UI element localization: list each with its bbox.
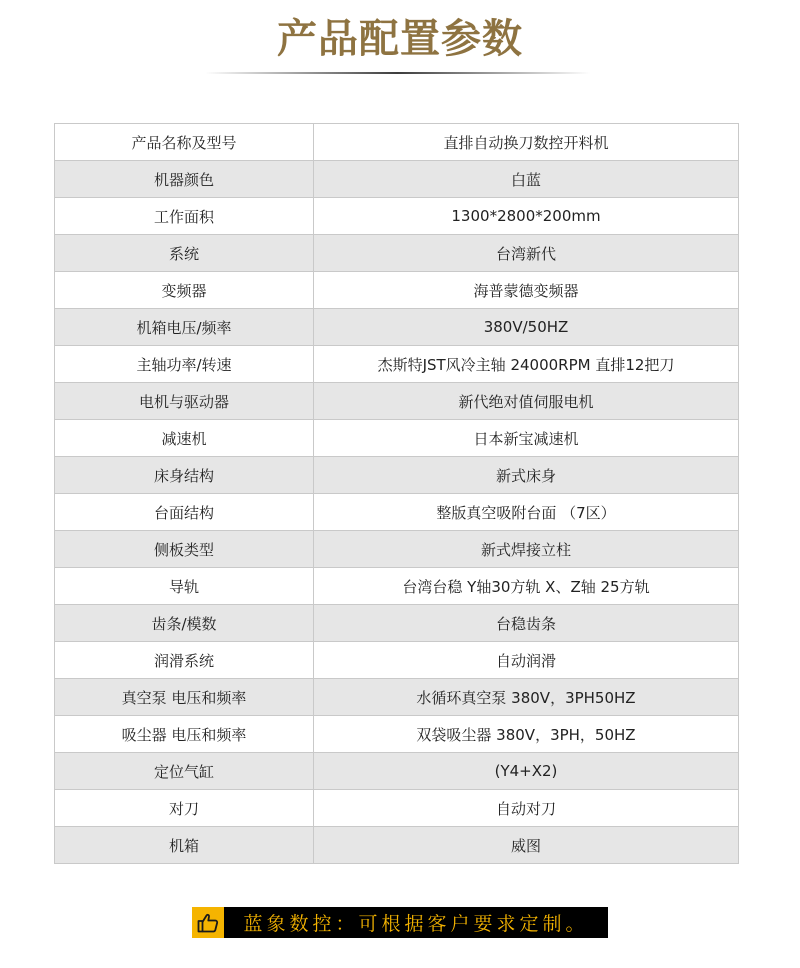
spec-label: 主轴功率/转速 <box>55 346 314 383</box>
table-row: 主轴功率/转速杰斯特JST风冷主轴 24000RPM 直排12把刀 <box>55 346 739 383</box>
spec-value: 整版真空吸附台面 （7区） <box>314 494 739 531</box>
spec-label: 导轨 <box>55 568 314 605</box>
table-row: 机箱威图 <box>55 827 739 864</box>
spec-label: 对刀 <box>55 790 314 827</box>
spec-value: 杰斯特JST风冷主轴 24000RPM 直排12把刀 <box>314 346 739 383</box>
table-row: 定位气缸(Y4+X2) <box>55 753 739 790</box>
spec-label: 润滑系统 <box>55 642 314 679</box>
spec-value: 自动对刀 <box>314 790 739 827</box>
table-row: 润滑系统自动润滑 <box>55 642 739 679</box>
spec-label: 床身结构 <box>55 457 314 494</box>
spec-table: 产品名称及型号直排自动换刀数控开料机 机器颜色白蓝 工作面积1300*2800*… <box>54 123 739 864</box>
spec-label: 减速机 <box>55 420 314 457</box>
spec-label: 机箱 <box>55 827 314 864</box>
spec-value: 白蓝 <box>314 161 739 198</box>
customization-banner: 蓝象数控：可根据客户要求定制。 <box>192 907 608 938</box>
spec-label: 真空泵 电压和频率 <box>55 679 314 716</box>
table-row: 产品名称及型号直排自动换刀数控开料机 <box>55 124 739 161</box>
table-row: 真空泵 电压和频率水循环真空泵 380V，3PH50HZ <box>55 679 739 716</box>
table-row: 床身结构新式床身 <box>55 457 739 494</box>
spec-label: 机器颜色 <box>55 161 314 198</box>
spec-label: 吸尘器 电压和频率 <box>55 716 314 753</box>
spec-value: 新式床身 <box>314 457 739 494</box>
spec-label: 工作面积 <box>55 198 314 235</box>
spec-value: 新式焊接立柱 <box>314 531 739 568</box>
spec-value: (Y4+X2) <box>314 753 739 790</box>
table-row: 机器颜色白蓝 <box>55 161 739 198</box>
spec-value: 台湾新代 <box>314 235 739 272</box>
spec-value: 台湾台稳 Y轴30方轨 X、Z轴 25方轨 <box>314 568 739 605</box>
table-row: 工作面积1300*2800*200mm <box>55 198 739 235</box>
spec-label: 侧板类型 <box>55 531 314 568</box>
spec-label: 齿条/模数 <box>55 605 314 642</box>
page-title: 产品配置参数 <box>0 14 800 64</box>
spec-value: 直排自动换刀数控开料机 <box>314 124 739 161</box>
table-row: 导轨台湾台稳 Y轴30方轨 X、Z轴 25方轨 <box>55 568 739 605</box>
spec-value: 380V/50HZ <box>314 309 739 346</box>
banner-text: 蓝象数控：可根据客户要求定制。 <box>224 907 608 938</box>
spec-label: 定位气缸 <box>55 753 314 790</box>
table-row: 对刀自动对刀 <box>55 790 739 827</box>
spec-value: 双袋吸尘器 380V，3PH，50HZ <box>314 716 739 753</box>
table-row: 台面结构整版真空吸附台面 （7区） <box>55 494 739 531</box>
spec-value: 日本新宝减速机 <box>314 420 739 457</box>
table-row: 减速机日本新宝减速机 <box>55 420 739 457</box>
spec-value: 新代绝对值伺服电机 <box>314 383 739 420</box>
table-row: 变频器海普蒙德变频器 <box>55 272 739 309</box>
spec-label: 台面结构 <box>55 494 314 531</box>
spec-value: 威图 <box>314 827 739 864</box>
spec-value: 1300*2800*200mm <box>314 198 739 235</box>
spec-label: 系统 <box>55 235 314 272</box>
spec-label: 电机与驱动器 <box>55 383 314 420</box>
table-row: 机箱电压/频率380V/50HZ <box>55 309 739 346</box>
table-row: 电机与驱动器新代绝对值伺服电机 <box>55 383 739 420</box>
table-row: 齿条/模数台稳齿条 <box>55 605 739 642</box>
table-row: 吸尘器 电压和频率双袋吸尘器 380V，3PH，50HZ <box>55 716 739 753</box>
table-row: 侧板类型新式焊接立柱 <box>55 531 739 568</box>
thumbs-up-icon <box>192 907 224 938</box>
spec-value: 海普蒙德变频器 <box>314 272 739 309</box>
spec-value: 自动润滑 <box>314 642 739 679</box>
title-divider <box>205 72 590 74</box>
spec-label: 机箱电压/频率 <box>55 309 314 346</box>
spec-value: 台稳齿条 <box>314 605 739 642</box>
spec-label: 变频器 <box>55 272 314 309</box>
spec-label: 产品名称及型号 <box>55 124 314 161</box>
spec-value: 水循环真空泵 380V，3PH50HZ <box>314 679 739 716</box>
table-row: 系统台湾新代 <box>55 235 739 272</box>
